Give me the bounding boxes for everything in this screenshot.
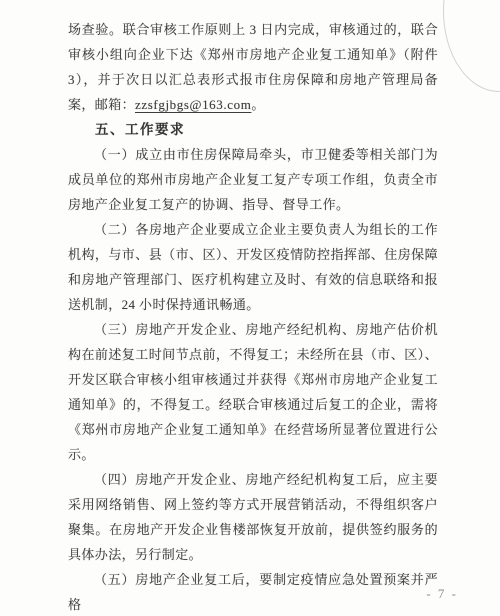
paragraph-item-3: （三）房地产开发企业、房地产经纪机构、房地产估价机构在前述复工时间节点前，不得复… xyxy=(68,317,438,467)
scan-artifact-arc xyxy=(443,0,500,92)
paragraph-item-2: （二）各房地产企业要成立企业主要负责人为组长的工作机构，与市、县（市、区）、开发… xyxy=(68,217,438,317)
paragraph-continuation: 场查验。联合审核工作原则上 3 日内完成，审核通过的，联合审核小组向企业下达《郑… xyxy=(68,17,438,117)
paragraph-text-after-email: 。 xyxy=(251,97,264,112)
paragraph-item-1: （一）成立由市住房保障局牵头，市卫健委等相关部门为成员单位的郑州市房地产企业复工… xyxy=(68,142,438,217)
page-number: - 7 - xyxy=(426,586,458,602)
paragraph-item-4: （四）房地产开发企业、房地产经纪机构复工后，应主要采用网络销售、网上签约等方式开… xyxy=(68,467,438,567)
email-address[interactable]: zzsfgjbgs@163.com xyxy=(135,97,251,112)
document-body: 场查验。联合审核工作原则上 3 日内完成，审核通过的，联合审核小组向企业下达《郑… xyxy=(68,17,438,616)
section-heading-work-requirements: 五、工作要求 xyxy=(68,117,438,142)
document-page: 场查验。联合审核工作原则上 3 日内完成，审核通过的，联合审核小组向企业下达《郑… xyxy=(0,0,500,616)
paragraph-item-5: （五）房地产企业复工后，要制定疫情应急处置预案并严格 xyxy=(68,567,438,616)
